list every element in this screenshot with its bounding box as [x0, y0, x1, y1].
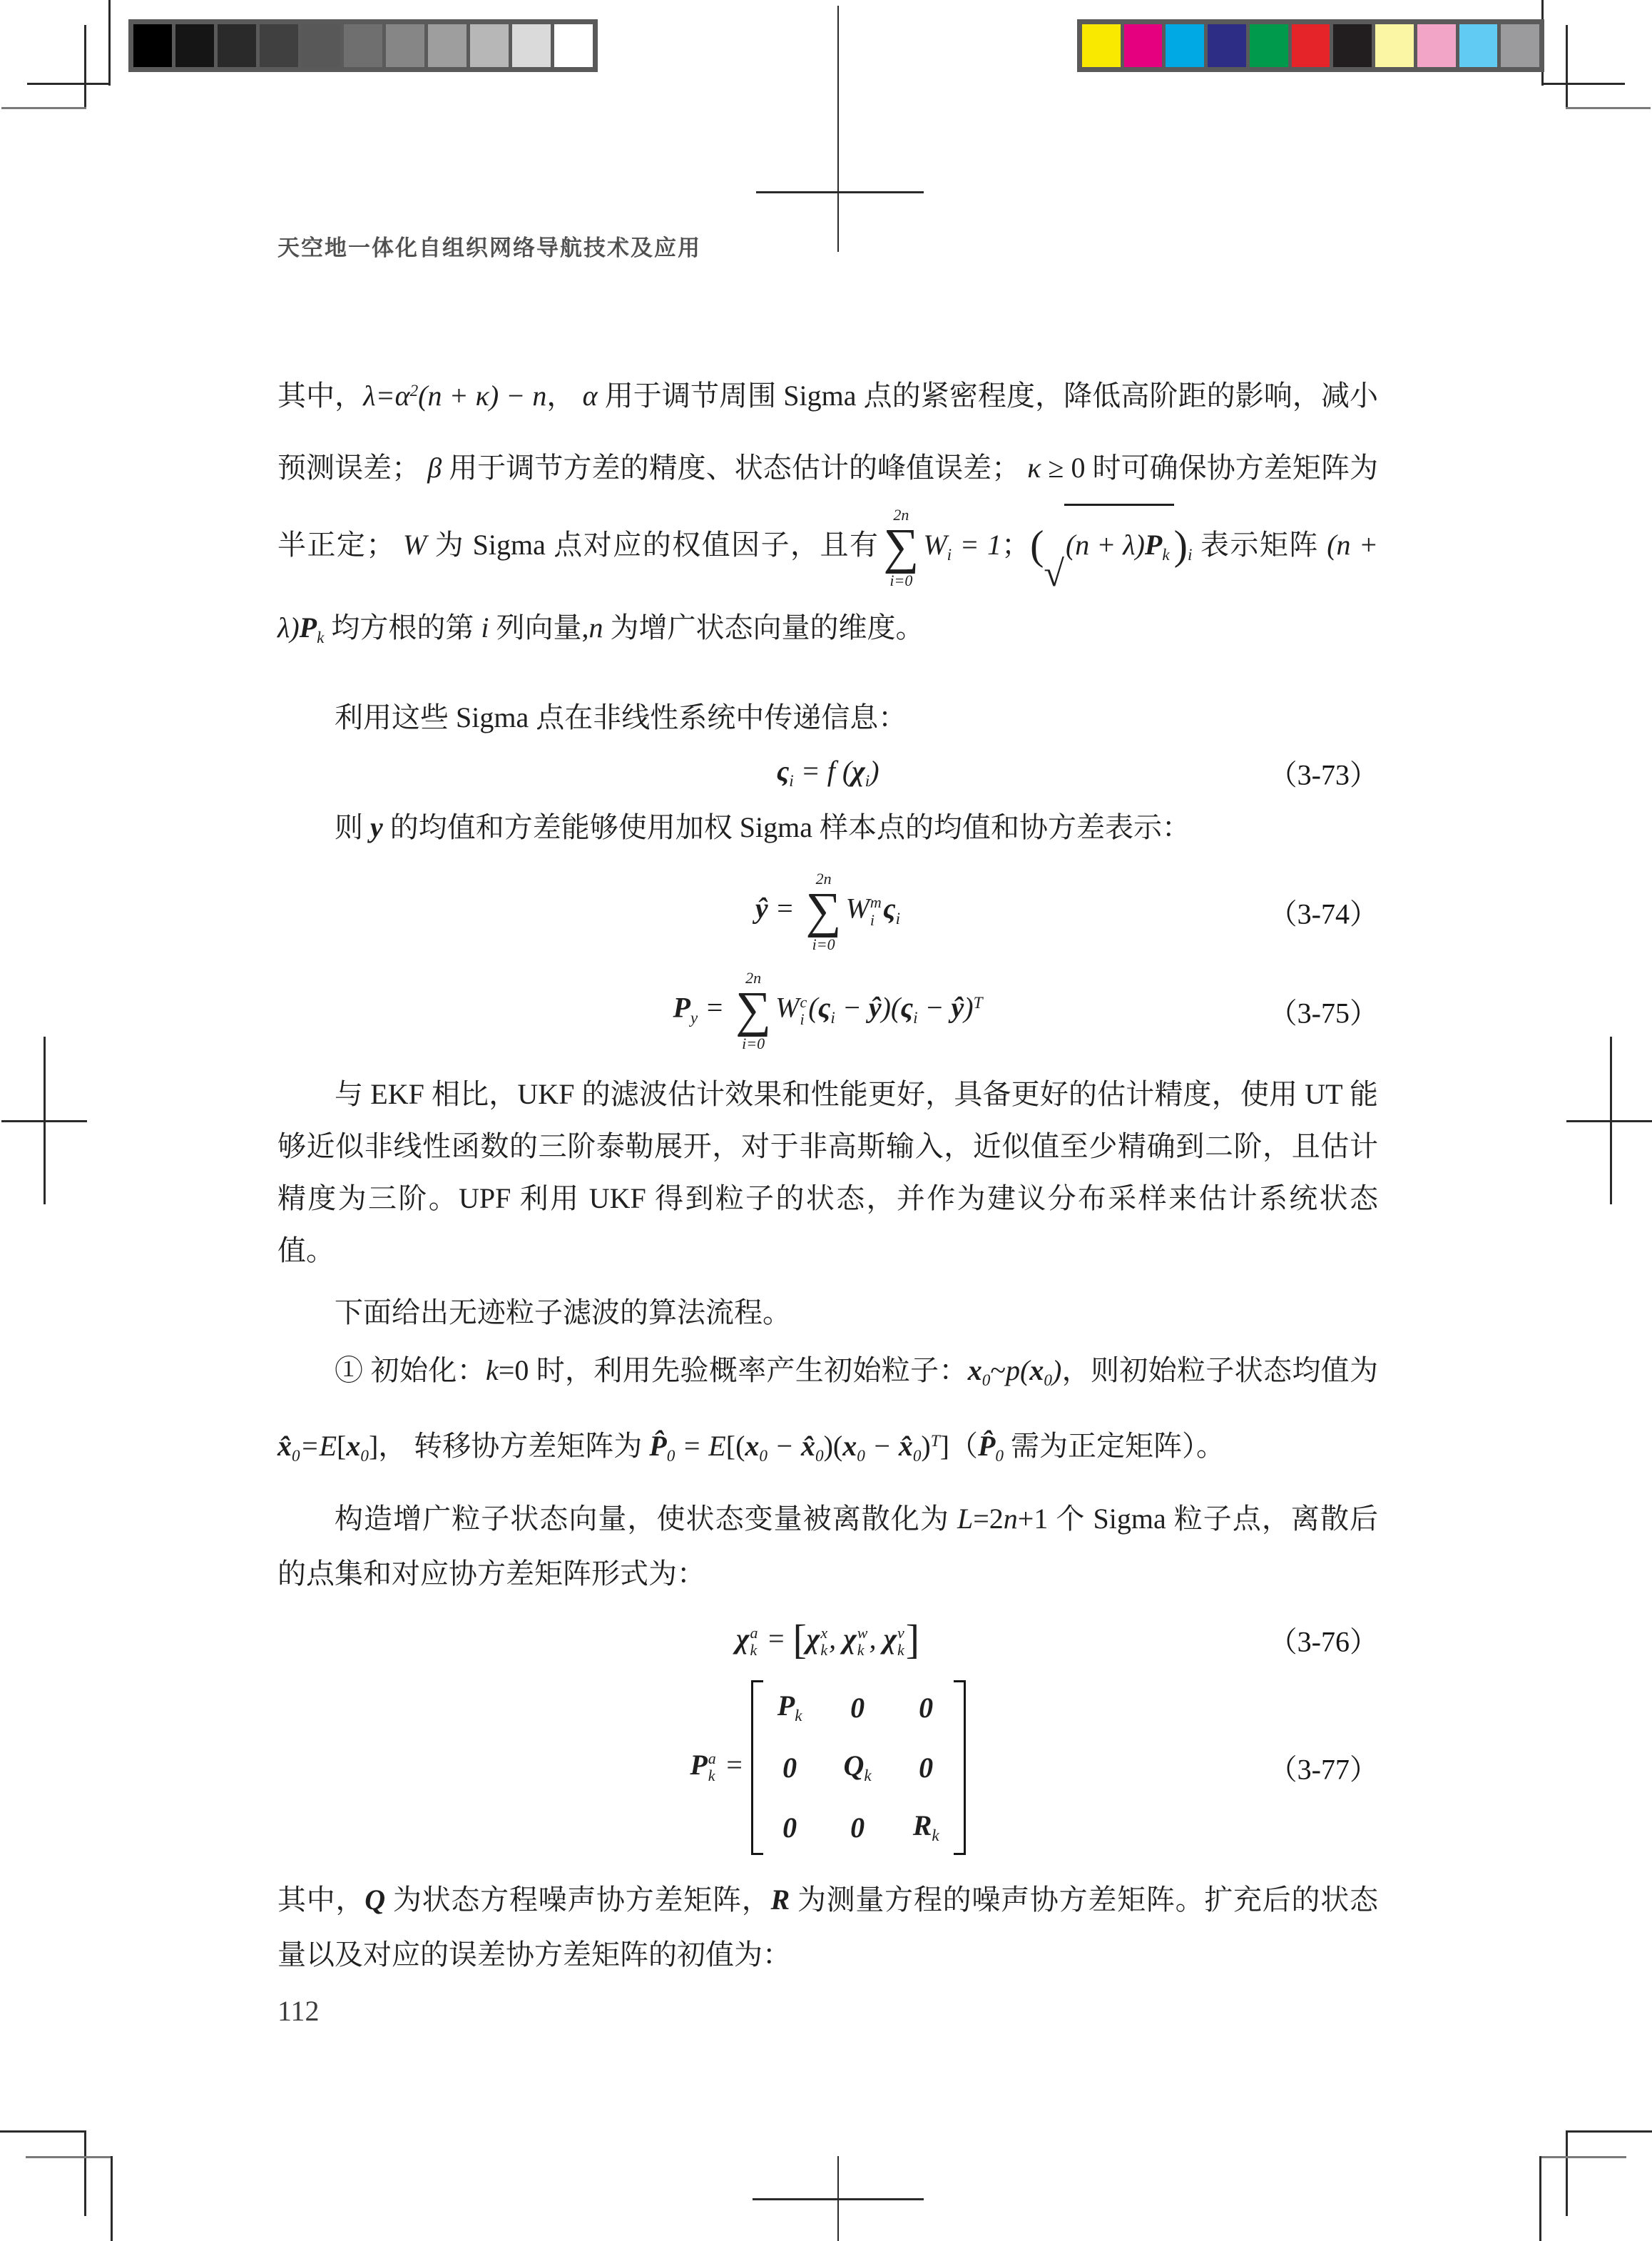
crop-mark [1, 107, 86, 109]
equation-3-76: χak = [χxk, χwk, χvk] （3-76） [277, 1615, 1378, 1663]
paragraph-upf-flow-intro: 下面给出无迹粒子滤波的算法流程。 [277, 1286, 1378, 1338]
crop-mark [27, 83, 111, 85]
crop-mark [84, 25, 86, 109]
paragraph-lambda-definitions: 其中，λ=α2(n + κ) − n， α 用于调节周围 Sigma 点的紧密程… [277, 355, 1378, 674]
paragraph-qr-noise-matrices: 其中，Q 为状态方程噪声协方差矩阵，R 为测量方程的噪声协方差矩阵。扩充后的状态… [277, 1872, 1378, 1982]
page-number: 112 [277, 1994, 320, 2028]
equation-3-77-lhs: Pak = [690, 1749, 750, 1781]
matrix-cell: Pk [777, 1689, 802, 1726]
matrix-cell: 0 [850, 1691, 865, 1724]
equation-3-74-formula: ŷ = 2n∑i=0Wmiςi [755, 870, 900, 953]
matrix-cell: Rk [913, 1809, 939, 1846]
paragraph-augmented-state-vector: 构造增广粒子状态向量，使状态变量被离散化为 L=2n+1 个 Sigma 粒子点… [277, 1491, 1378, 1601]
equation-3-76-number: （3-76） [1269, 1619, 1378, 1660]
crop-mark [0, 2130, 84, 2133]
equation-3-77: Pak = Pk 0 0 0 Qk 0 0 0 Rk [277, 1680, 1378, 1854]
matrix-cell: 0 [919, 1691, 933, 1724]
matrix-cell: 0 [919, 1751, 933, 1784]
crop-mark [108, 0, 111, 86]
matrix-right-bracket [954, 1680, 966, 1854]
matrix-grid: Pk 0 0 0 Qk 0 0 0 Rk [763, 1680, 954, 1854]
matrix-cell: 0 [782, 1811, 797, 1844]
registration-cross [837, 6, 839, 252]
paragraph-ekf-ukf-comparison: 与 EKF 相比，UKF 的滤波估计效果和性能更好，具备更好的估计精度，使用 U… [277, 1068, 1378, 1276]
crop-mark [1541, 83, 1625, 85]
equation-3-75-formula: Py = 2n∑i=0Wci(ςi − ŷ)(ςi − ŷ)T [673, 969, 982, 1052]
crop-mark [26, 2156, 111, 2158]
equation-3-73-number: （3-73） [1269, 753, 1378, 793]
registration-cross [756, 191, 924, 193]
equation-3-77-formula: Pak = Pk 0 0 0 Qk 0 0 0 Rk [690, 1680, 965, 1854]
crop-mark [84, 2130, 86, 2216]
paragraph-sigma-propagation: 利用这些 Sigma 点在非线性系统中传递信息： [277, 691, 1378, 744]
page-content: 其中，λ=α2(n + κ) − n， α 用于调节周围 Sigma 点的紧密程… [277, 355, 1378, 1982]
matrix-cell: 0 [782, 1751, 797, 1784]
paragraph-step1-initialization: ① 初始化：k=0 时，利用先验概率产生初始粒子：x0~p(x0)，则初始粒子状… [277, 1340, 1378, 1487]
registration-cross [753, 2198, 924, 2200]
crop-mark [1566, 25, 1568, 109]
registration-cross [1, 1120, 87, 1122]
equation-3-74: ŷ = 2n∑i=0Wmiςi （3-74） [277, 870, 1378, 953]
equation-3-74-number: （3-74） [1269, 891, 1378, 932]
matrix-left-bracket [751, 1680, 763, 1854]
running-header-title: 天空地一体化自组织网络导航技术及应用 [277, 230, 701, 262]
augmented-covariance-matrix: Pk 0 0 0 Qk 0 0 0 Rk [751, 1680, 966, 1854]
matrix-cell: Qk [844, 1749, 872, 1786]
registration-cross [1566, 1120, 1652, 1122]
crop-mark [1566, 2130, 1568, 2216]
equation-3-73: ςi = f (χi) （3-73） [277, 754, 1378, 791]
crop-mark [111, 2156, 113, 2241]
crop-mark [1568, 2130, 1652, 2133]
matrix-cell: 0 [850, 1811, 865, 1844]
equation-3-75-number: （3-75） [1269, 990, 1378, 1031]
equation-3-76-formula: χak = [χxk, χwk, χvk] [736, 1615, 919, 1663]
grayscale-calibration-bar [128, 19, 598, 72]
book-page: 天空地一体化自组织网络导航技术及应用 其中，λ=α2(n + κ) − n， α… [0, 0, 1652, 2241]
equation-3-77-number: （3-77） [1269, 1747, 1378, 1788]
equation-3-73-formula: ςi = f (χi) [776, 754, 879, 791]
crop-mark [1539, 2156, 1541, 2241]
color-calibration-bar [1077, 19, 1544, 72]
paragraph-y-mean-variance: 则 y 的均值和方差能够使用加权 Sigma 样本点的均值和协方差表示： [277, 801, 1378, 854]
equation-3-75: Py = 2n∑i=0Wci(ςi − ŷ)(ςi − ŷ)T （3-75） [277, 969, 1378, 1052]
crop-mark [1566, 107, 1651, 109]
crop-mark [1541, 2156, 1626, 2158]
